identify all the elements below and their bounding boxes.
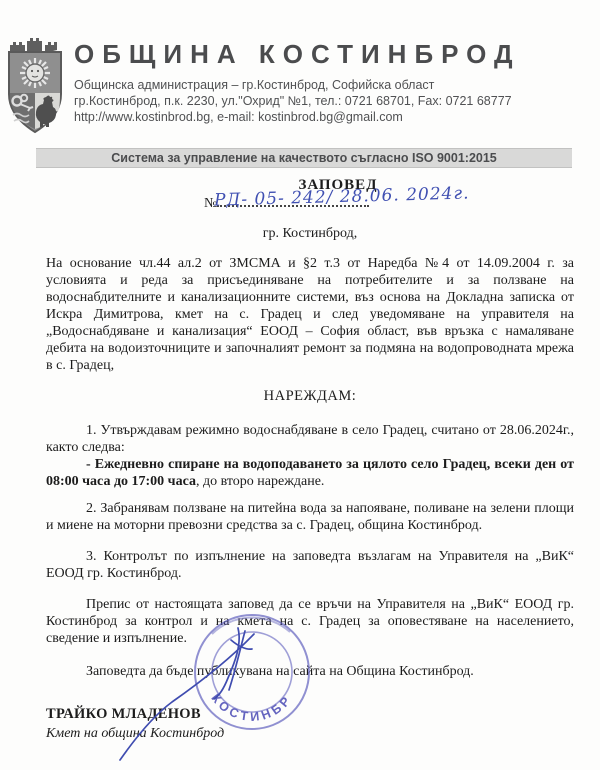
order-publication: Заповедта да бъде публикувана на сайта н… bbox=[46, 663, 574, 680]
letterhead-line-administration: Общинска администрация – гр.Костинброд, … bbox=[74, 77, 580, 93]
order-body: ЗАПОВЕД № РД- 05- 242/ 28.06. 2024г. гр.… bbox=[0, 177, 600, 742]
command-heading: НАРЕЖДАМ: bbox=[46, 388, 574, 405]
mayor-position: Кмет на община Костинброд bbox=[46, 726, 574, 742]
order-item-1-bullet: - Ежедневно спиране на водоподаването за… bbox=[46, 456, 574, 490]
letterhead: ОБЩИНА КОСТИНБРОД Общинска администрация… bbox=[0, 0, 600, 139]
letterhead-line-web-email: http://www.kostinbrod.bg, e-mail: kostin… bbox=[74, 109, 580, 125]
bullet-regular-text: , до второ нареждане. bbox=[196, 474, 324, 489]
order-city: гр. Костинброд, bbox=[46, 226, 574, 242]
order-item-2: 2. Забранявам ползване на питейна вода з… bbox=[46, 500, 574, 534]
order-number-line: № РД- 05- 242/ 28.06. 2024г. bbox=[204, 194, 574, 216]
letterhead-line-address: гр.Костинброд, п.к. 2230, ул."Охрид" №1,… bbox=[74, 93, 580, 109]
signature-block: ТРАЙКО МЛАДЕНОВ Кмет на община Костинбро… bbox=[46, 706, 574, 742]
order-item-3: 3. Контролът по изпълнение на заповедта … bbox=[46, 548, 574, 582]
order-preamble: На основание чл.44 ал.2 от ЗМСМА и §2 т.… bbox=[46, 255, 574, 374]
iso-quality-banner: Система за управление на качеството съгл… bbox=[36, 148, 572, 168]
order-item-1: 1. Утвърждавам режимно водоснабдяване в … bbox=[46, 422, 574, 456]
municipality-title: ОБЩИНА КОСТИНБРОД bbox=[74, 39, 580, 70]
letterhead-text: ОБЩИНА КОСТИНБРОД Общинска администрация… bbox=[74, 37, 580, 125]
mayor-name: ТРАЙКО МЛАДЕНОВ bbox=[46, 706, 574, 723]
order-distribution: Препис от настоящата заповед да се връчи… bbox=[46, 596, 574, 647]
coat-of-arms-icon bbox=[6, 37, 64, 139]
document-page: ОБЩИНА КОСТИНБРОД Общинска администрация… bbox=[0, 0, 600, 770]
